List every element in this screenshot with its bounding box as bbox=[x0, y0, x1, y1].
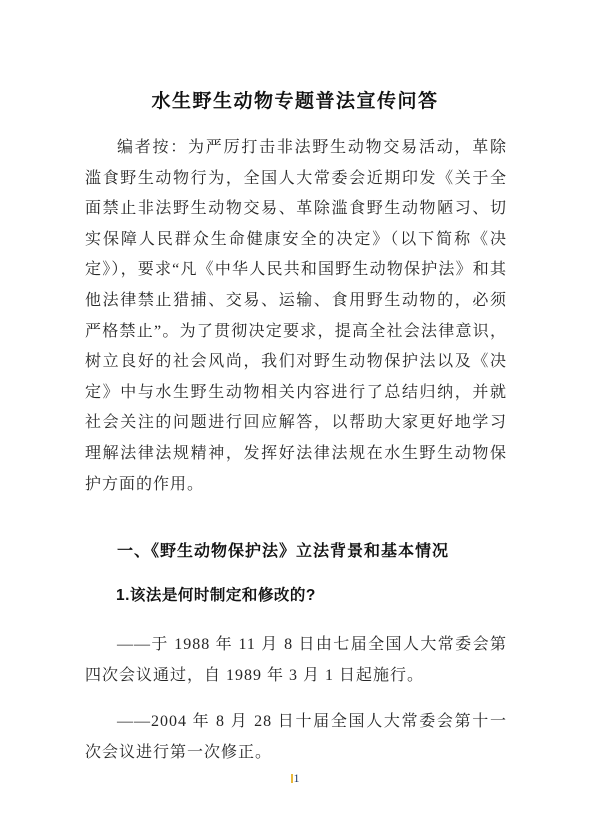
answer-paragraph-2: ——2004 年 8 月 28 日十届全国人大常委会第十一次会议进行第一次修正。 bbox=[85, 707, 507, 768]
editors-note-paragraph: 编者按：为严厉打击非法野生动物交易活动，革除滥食野生动物行为，全国人大常委会近期… bbox=[85, 133, 507, 500]
document-title: 水生野生动物专题普法宣传问答 bbox=[0, 86, 590, 113]
section-one-heading: 一、《野生动物保护法》立法背景和基本情况 bbox=[85, 538, 507, 561]
page-number-field-marker bbox=[291, 774, 293, 783]
answer-paragraph-1: ——于 1988 年 11 月 8 日由七届全国人大常委会第四次会议通过，自 1… bbox=[85, 630, 507, 691]
page-number: 1 bbox=[294, 771, 300, 785]
document-page: 水生野生动物专题普法宣传问答 编者按：为严厉打击非法野生动物交易活动，革除滥食野… bbox=[0, 0, 590, 835]
page-footer: 1 bbox=[0, 770, 590, 786]
question-1-heading: 1.该法是何时制定和修改的? bbox=[85, 583, 507, 605]
